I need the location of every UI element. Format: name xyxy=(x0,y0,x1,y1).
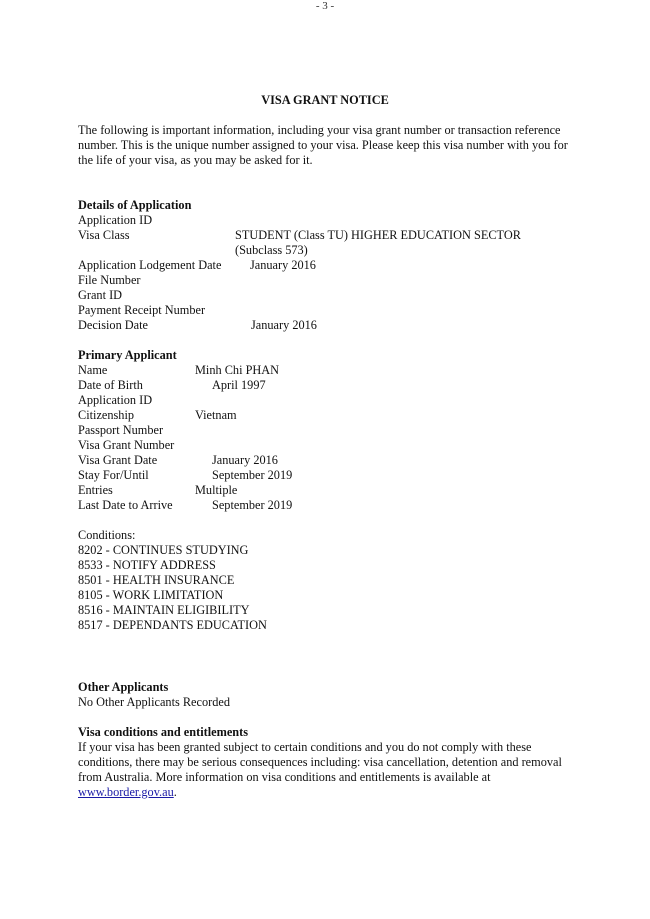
field-row: Visa ClassSTUDENT (Class TU) HIGHER EDUC… xyxy=(78,228,568,243)
field-row: File Number xyxy=(78,273,568,288)
condition-item: 8533 - NOTIFY ADDRESS xyxy=(78,558,568,573)
other-applicants-section: Other Applicants No Other Applicants Rec… xyxy=(78,680,568,710)
field-row: Last Date to ArriveSeptember 2019 xyxy=(78,498,568,513)
visa-conditions-text: If your visa has been granted subject to… xyxy=(78,740,568,800)
page-number: - 3 - xyxy=(0,0,650,13)
condition-item: 8105 - WORK LIMITATION xyxy=(78,588,568,603)
intro-paragraph: The following is important information, … xyxy=(78,123,568,168)
field-row: NameMinh Chi PHAN xyxy=(78,363,568,378)
section-heading: Visa conditions and entitlements xyxy=(78,725,568,740)
details-of-application-section: Details of Application Application ID Vi… xyxy=(78,198,568,333)
primary-applicant-section: Primary Applicant NameMinh Chi PHAN Date… xyxy=(78,348,568,513)
condition-item: 8202 - CONTINUES STUDYING xyxy=(78,543,568,558)
condition-item: 8517 - DEPENDANTS EDUCATION xyxy=(78,618,568,633)
field-row: Passport Number xyxy=(78,423,568,438)
field-row: Application ID xyxy=(78,393,568,408)
field-row: Decision DateJanuary 2016 xyxy=(78,318,568,333)
field-row: Stay For/UntilSeptember 2019 xyxy=(78,468,568,483)
conditions-section: Conditions: 8202 - CONTINUES STUDYING 85… xyxy=(78,528,568,633)
field-row: Visa Grant Number xyxy=(78,438,568,453)
field-row: Payment Receipt Number xyxy=(78,303,568,318)
field-row: Grant ID xyxy=(78,288,568,303)
section-heading: Other Applicants xyxy=(78,680,568,695)
visa-class-value: STUDENT (Class TU) HIGHER EDUCATION SECT… xyxy=(235,228,521,243)
condition-item: 8501 - HEALTH INSURANCE xyxy=(78,573,568,588)
field-row: Application ID xyxy=(78,213,568,228)
border-website-link[interactable]: www.border.gov.au xyxy=(78,785,174,799)
field-row: Application Lodgement DateJanuary 2016 xyxy=(78,258,568,273)
field-row: CitizenshipVietnam xyxy=(78,408,568,423)
conditions-heading: Conditions: xyxy=(78,528,568,543)
visa-conditions-section: Visa conditions and entitlements If your… xyxy=(78,725,568,800)
section-heading: Primary Applicant xyxy=(78,348,568,363)
field-row: EntriesMultiple xyxy=(78,483,568,498)
document-title: VISA GRANT NOTICE xyxy=(0,93,650,108)
field-row: Visa Grant DateJanuary 2016 xyxy=(78,453,568,468)
field-row: (Subclass 573) xyxy=(78,243,568,258)
section-heading: Details of Application xyxy=(78,198,568,213)
field-row: Date of BirthApril 1997 xyxy=(78,378,568,393)
other-applicants-text: No Other Applicants Recorded xyxy=(78,695,568,710)
condition-item: 8516 - MAINTAIN ELIGIBILITY xyxy=(78,603,568,618)
